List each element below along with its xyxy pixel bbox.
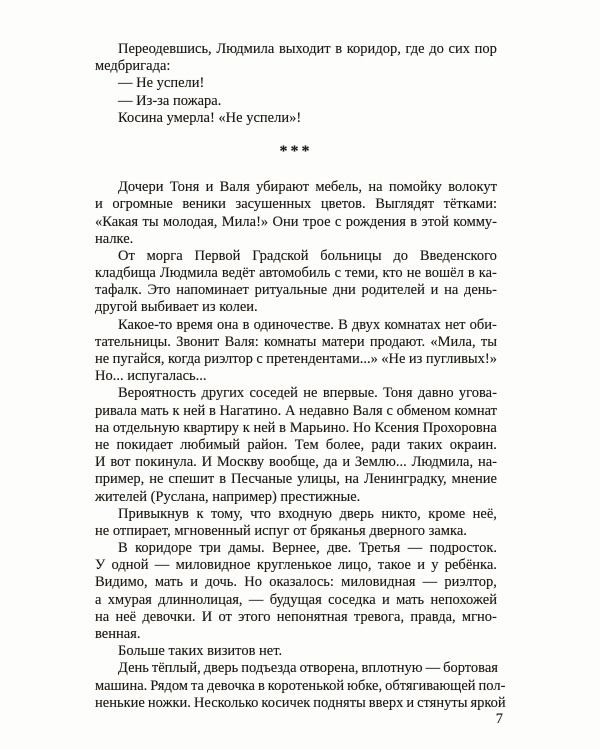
text-line: Привыкнувктому,чтовходнуюдверьникто,кром… — [95, 506, 497, 523]
paragraph: Вероятностьдругихсоседейневпервые.Тоняда… — [95, 385, 497, 505]
text-line: Деньтёплый,дверьподъездаотворена,вплотну… — [95, 660, 497, 677]
text-line: Вкоридоретридамы.Вернее,две.Третья—подро… — [95, 540, 497, 557]
text-line: непокидаетлюбимыйрайон.Темболее,радитаки… — [95, 437, 497, 454]
text-line: наотдельнуюквартирукнейвМарьино.НоКсения… — [95, 420, 497, 437]
text-line: налке. — [95, 231, 497, 248]
paragraph: Какое-товремяонаводиночестве.Вдвухкомнат… — [95, 317, 497, 386]
text-line: ненькиеножки.Несколькокосичекподнятыввер… — [95, 695, 497, 712]
paragraph: Деньтёплый,дверьподъездаотворена,вплотну… — [95, 660, 497, 712]
paragraph: ДочериТоняиВаляубираютмебель,напомойкуво… — [95, 179, 497, 248]
text-line: не отпирает, мгновенный испуг от брякань… — [95, 523, 497, 540]
text-line: иогромныевеникизасушенныхцветов.Выглядят… — [95, 196, 497, 213]
text-line: ОтморгаПервойГрадскойбольницыдоВведенско… — [95, 248, 497, 265]
text-line: Какое-товремяонаводиночестве.Вдвухкомнат… — [95, 317, 497, 334]
paragraph: — Из-за пожара. — [95, 93, 497, 110]
text-line: ахмураядлиннолицая,—будущаясоседкаиматьн… — [95, 592, 497, 609]
text-line: Больше таких визитов нет. — [95, 643, 497, 660]
text-line: тательницы.ЗвонитВаля:комнатыматерипрода… — [95, 334, 497, 351]
paragraph: Больше таких визитов нет. — [95, 643, 497, 660]
text-line: Косина умерла! «Не успели»! — [95, 110, 497, 127]
text-line: — Не успели! — [95, 75, 497, 92]
text-line: Переодевшись,Людмилавыходитвкоридор,гдед… — [95, 41, 497, 58]
paragraph: Привыкнувктому,чтовходнуюдверьникто,кром… — [95, 506, 497, 540]
text-line: машина.Рядомтадевочкавкоротенькойюбке,об… — [95, 678, 497, 695]
text-line: жителей (Руслана, например) престижные. — [95, 489, 497, 506]
text-line: медбригада: — [95, 58, 497, 75]
section-separator: *** — [95, 143, 497, 160]
text-line: кладбищаЛюдмилаведётавтомобильстеми,ктон… — [95, 265, 497, 282]
text-line: другой выбивает из колеи. — [95, 299, 497, 316]
text-line: тафалк.Этонапоминаетритуальныедниродител… — [95, 282, 497, 299]
paragraph: Вкоридоретридамы.Вернее,две.Третья—подро… — [95, 540, 497, 643]
text-line: — Из-за пожара. — [95, 93, 497, 110]
text-column: Переодевшись,Людмилавыходитвкоридор,гдед… — [95, 41, 497, 712]
text-line: «Какаятымолодая,Мила!»Онитроесрождениявэ… — [95, 214, 497, 231]
book-page: Переодевшись,Людмилавыходитвкоридор,гдед… — [0, 0, 600, 750]
text-line: непугайся,когдариэлторспретендентами...»… — [95, 351, 497, 368]
text-line: нанеёдевочки.Иотэтогонепонятнаятревога,п… — [95, 609, 497, 626]
text-line: пример,неспешитвПесчаныеулицы,наЛенингра… — [95, 471, 497, 488]
paragraph: — Не успели! — [95, 75, 497, 92]
text-line: Уодной—миловидноекругленькоелицо,такоеиу… — [95, 557, 497, 574]
text-line: Ивотпокинула.ИМосквувообще,даиЗемлю...Лю… — [95, 454, 497, 471]
text-line: ДочериТоняиВаляубираютмебель,напомойкуво… — [95, 179, 497, 196]
text-line: Но... испугалась... — [95, 368, 497, 385]
paragraph: Переодевшись,Людмилавыходитвкоридор,гдед… — [95, 41, 497, 75]
paragraph: ОтморгаПервойГрадскойбольницыдоВведенско… — [95, 248, 497, 317]
text-line: венная. — [95, 626, 497, 643]
text-line: Вероятностьдругихсоседейневпервые.Тоняда… — [95, 385, 497, 402]
page-number: 7 — [95, 711, 503, 728]
paragraph: Косина умерла! «Не успели»! — [95, 110, 497, 127]
text-line: риваламатькнейвНагатино.АнедавноВалясобм… — [95, 403, 497, 420]
text-line: Видимо,матьидочь.Нооказалось:миловидная—… — [95, 574, 497, 591]
